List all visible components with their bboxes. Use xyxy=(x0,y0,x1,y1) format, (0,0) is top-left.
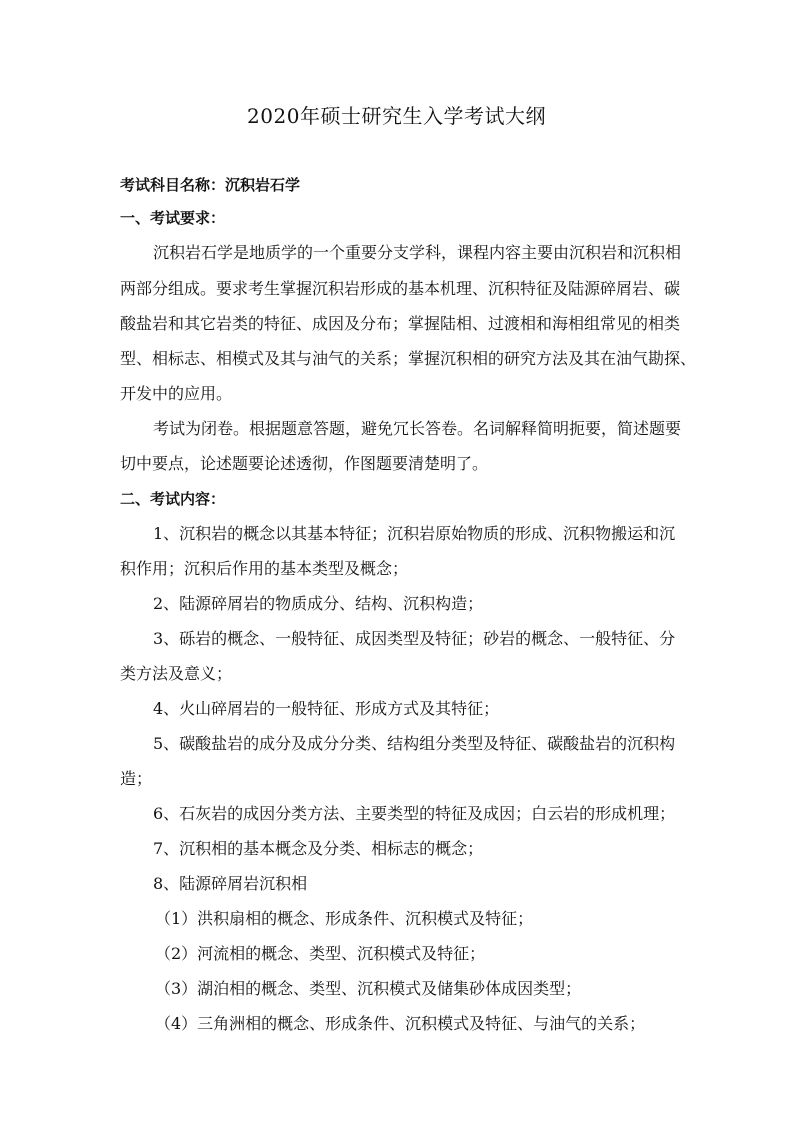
paragraph-line: 考试为闭卷。根据题意答题，避免冗长答卷。名词解释简明扼要，简述题要 xyxy=(153,419,673,439)
paragraph-line: 切中要点，论述题要论述透彻，作图题要清楚明了。 xyxy=(120,454,488,474)
sub-list-item: （2）河流相的概念、类型、沉积模式及特征； xyxy=(155,944,485,964)
list-item: 4、火山碎屑岩的一般特征、形成方式及其特征； xyxy=(153,699,499,719)
sub-list-item: （3）湖泊相的概念、类型、沉积模式及储集砂体成因类型； xyxy=(155,979,581,999)
list-item: 7、沉积相的基本概念及分类、相标志的概念； xyxy=(153,839,483,859)
paragraph-line: 型、相标志、相模式及其与油气的关系；掌握沉积相的研究方法及其在油气勘探、 xyxy=(120,349,673,369)
sub-list-item: （1）洪积扇相的概念、形成条件、沉积模式及特征； xyxy=(155,909,533,929)
paragraph-line: 酸盐岩和其它岩类的特征、成因及分布；掌握陆相、过渡相和海相组常见的相类 xyxy=(120,314,673,334)
paragraph-line: 开发中的应用。 xyxy=(120,384,232,404)
list-item-continuation: 积作用；沉积后作用的基本类型及概念； xyxy=(120,559,408,579)
list-item: 6、石灰岩的成因分类方法、主要类型的特征及成因；白云岩的形成机理； xyxy=(153,804,673,824)
subject-value: 沉积岩石学 xyxy=(225,176,300,194)
list-item: 1、沉积岩的概念以其基本特征；沉积岩原始物质的形成、沉积物搬运和沉 xyxy=(153,524,673,544)
sub-list-item: （4）三角洲相的概念、形成条件、沉积模式及特征、与油气的关系； xyxy=(155,1014,645,1034)
list-item: 5、碳酸盐岩的成分及成分分类、结构组分类型及特征、碳酸盐岩的沉积构 xyxy=(153,734,673,754)
list-item: 3、砾岩的概念、一般特征、成因类型及特征；砂岩的概念、一般特征、分 xyxy=(153,629,673,649)
subject-line: 考试科目名称：沉积岩石学 xyxy=(120,175,300,195)
list-item: 2、陆源碎屑岩的物质成分、结构、沉积构造； xyxy=(153,594,483,614)
paragraph-line: 两部分组成。要求考生掌握沉积岩形成的基本机理、沉积特征及陆源碎屑岩、碳 xyxy=(120,279,673,299)
section-heading-content: 二、考试内容： xyxy=(120,489,225,509)
list-item-continuation: 类方法及意义； xyxy=(120,664,232,684)
subject-label: 考试科目名称： xyxy=(120,176,225,194)
paragraph-line: 沉积岩石学是地质学的一个重要分支学科，课程内容主要由沉积岩和沉积相 xyxy=(153,243,673,263)
list-item: 8、陆源碎屑岩沉积相 xyxy=(153,874,307,894)
section-heading-requirements: 一、考试要求： xyxy=(120,208,225,228)
document-title: 2020年硕士研究生入学考试大纲 xyxy=(0,103,793,129)
list-item-continuation: 造； xyxy=(120,769,152,789)
